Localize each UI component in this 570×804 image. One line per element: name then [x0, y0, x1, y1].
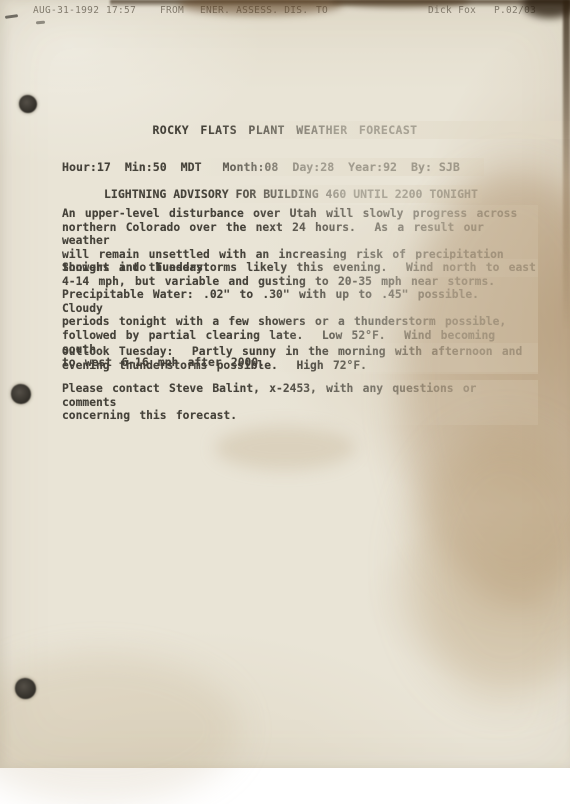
paragraph-outlook: Outlook Tuesday: Partly sunny in the mor… [62, 345, 536, 372]
paper-stain-middle [215, 426, 355, 470]
fax-header: AUG-31-1992 17:57 FROM ENER. ASSESS. DIS… [0, 5, 570, 19]
paper-stain-bottom-left [0, 654, 240, 768]
fax-from-label: FROM [160, 5, 184, 16]
pencil-mark [36, 21, 45, 25]
fax-page-number: P.02/03 [494, 5, 536, 16]
hole-punch-middle [11, 384, 31, 404]
fax-date: AUG-31-1992 [33, 5, 99, 16]
scan-edge-right [563, 0, 570, 330]
fax-from: ENER. ASSESS. DIS. [200, 5, 308, 16]
fax-to: Dick Fox [428, 5, 476, 16]
lightning-advisory: LIGHTNING ADVISORY FOR BUILDING 460 UNTI… [104, 187, 480, 201]
forecast-meta: Hour:17 Min:50 MDT Month:08 Day:28 Year:… [62, 160, 482, 174]
paper-stain-right-low [410, 430, 570, 700]
document-title: ROCKY FLATS PLANT WEATHER FORECAST [0, 123, 570, 137]
fax-to-label: TO [316, 5, 328, 16]
hole-punch-top [19, 95, 37, 113]
fax-time: 17:57 [106, 5, 136, 16]
hole-punch-bottom [15, 678, 36, 699]
scanned-document-page: AUG-31-1992 17:57 FROM ENER. ASSESS. DIS… [0, 0, 570, 768]
paragraph-contact: Please contact Steve Balint, x-2453, wit… [62, 382, 536, 423]
